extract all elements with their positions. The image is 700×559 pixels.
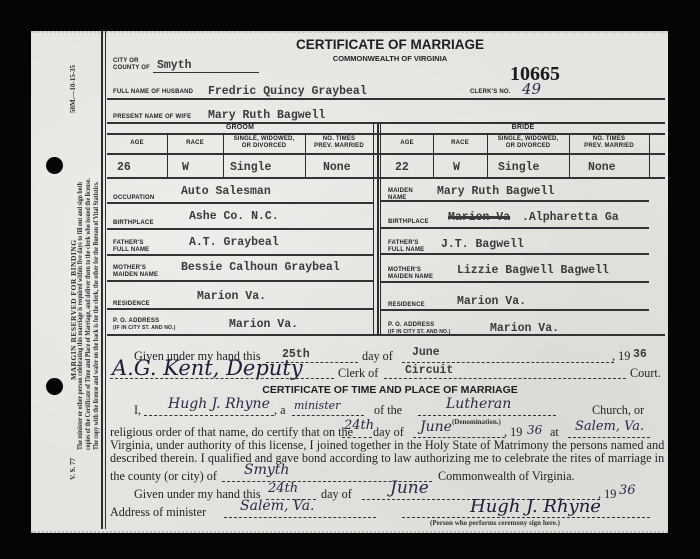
bride-status: Single: [498, 161, 539, 174]
groom-occupation-label: Occupation: [113, 195, 154, 202]
times-header-line-1: No. Times: [305, 136, 373, 143]
minister-title: minister: [294, 399, 340, 412]
denomination: Lutheran: [446, 396, 511, 412]
ceremony-year: 36: [527, 423, 542, 437]
row-line: [107, 280, 373, 282]
bride-residence: Marion Va.: [457, 295, 526, 308]
commonwealth-text: Commonwealth of Virginia.: [438, 469, 575, 484]
groom-father: A.T. Graybeal: [189, 236, 279, 249]
minister-signature: Hugh J. Rhyne: [470, 496, 601, 517]
groom-po-address: Marion Va.: [229, 318, 298, 331]
status-header-line-2: or Divorced: [487, 143, 569, 150]
blank-line: [418, 415, 556, 416]
wife-label: Present Name of Wife: [113, 114, 191, 121]
row-line: [381, 200, 649, 202]
groom-residence: Marion Va.: [197, 290, 266, 303]
church-text: Church, or: [592, 403, 644, 418]
groom-age: 26: [117, 161, 131, 174]
minister-address: Salem, Va.: [240, 498, 315, 514]
mother-label-line-2: Maiden Name: [388, 274, 433, 281]
po-label-line-1: P. O. Address: [388, 322, 451, 329]
blank-line: [402, 362, 614, 363]
ceremony-county-text: the county (or city) of: [110, 469, 217, 484]
groom-status: Single: [230, 161, 271, 174]
row-line: [107, 308, 373, 310]
bride-status-header: Single, Widowed, or Divorced: [487, 136, 569, 150]
groom-race: W: [182, 161, 189, 174]
certificate-subtitle: Commonwealth of Virginia: [250, 54, 530, 63]
groom-mother: Bessie Calhoun Graybeal: [181, 261, 340, 274]
groom-residence-label: Residence: [113, 301, 150, 308]
groom-age-header: Age: [107, 140, 167, 147]
license-day-of-text: day of: [362, 349, 393, 364]
column-divider: [167, 133, 168, 177]
column-divider: [649, 133, 650, 177]
clerk-of-text: Clerk of: [338, 366, 378, 381]
blank-line: [144, 415, 274, 416]
minister-address-label: Address of minister: [110, 505, 206, 520]
maiden-label-line-1: Maiden: [388, 188, 413, 195]
groom-po-label: P. O. Address (If in city st. and no.): [113, 318, 176, 332]
license-year: 36: [633, 348, 647, 361]
city-county-underline: [153, 72, 259, 73]
row-line: [381, 253, 649, 255]
heading-line: [107, 133, 665, 135]
ceremony-place: Salem, Va.: [575, 419, 644, 434]
mother-label-line-1: Mother's: [388, 267, 433, 274]
city-county-value: Smyth: [157, 59, 192, 72]
city-county-label: City or County of: [113, 58, 150, 72]
license-year-prefix: , 19: [612, 349, 630, 364]
ceremony-a-text: , a: [274, 403, 286, 418]
column-divider: [487, 133, 488, 177]
husband-name: Fredric Quincy Graybeal: [208, 85, 367, 98]
margin-instructions-3: The copy with the license and wafer on t…: [93, 181, 100, 450]
bride-age-header: Age: [381, 140, 433, 147]
signature-label: (Person who performs ceremony sign here.…: [430, 519, 560, 527]
ceremony-day: 24th: [344, 418, 374, 433]
ceremony-line-4: described therein. I qualified and gave …: [110, 451, 664, 466]
bride-times-header: No. Times Prev. Married: [569, 136, 649, 150]
groom-times-header: No. Times Prev. Married: [305, 136, 373, 150]
bride-race-header: Race: [433, 140, 487, 147]
bride-mother: Lizzie Bagwell Bagwell: [457, 264, 609, 277]
column-divider: [433, 133, 434, 177]
values-line: [107, 177, 665, 179]
binding-hole-top: [46, 157, 63, 174]
minister-given-day-of-text: day of: [321, 487, 352, 502]
clerk-no-value: 49: [522, 80, 541, 98]
bride-father: J.T. Bagwell: [441, 238, 524, 251]
row-line: [381, 227, 649, 229]
bride-race: W: [453, 161, 460, 174]
bride-heading: Bride: [381, 124, 665, 131]
groom-birthplace-label: Birthplace: [113, 220, 154, 227]
minister-given-month: June: [390, 478, 429, 498]
mother-label-line-1: Mother's: [113, 265, 158, 272]
margin-instructions-1: The minister or other person celebrating…: [77, 182, 84, 450]
groom-heading: Groom: [107, 124, 373, 131]
times-header-line-2: Prev. Married: [305, 143, 373, 150]
margin-form-code: V. S. 77: [69, 458, 77, 480]
status-header-line-1: Single, Widowed,: [223, 136, 305, 143]
po-label-line-2: (If in city st. and no.): [113, 325, 176, 332]
groom-times-married: None: [323, 161, 351, 174]
bride-birthplace-label: Birthplace: [388, 219, 429, 226]
husband-label: Full Name of Husband: [113, 89, 193, 96]
county-label: County of: [113, 65, 150, 72]
blank-line: [224, 517, 376, 518]
father-label-line-2: Full Name: [113, 247, 149, 254]
margin-print-code: 50M.—10-15-35: [69, 65, 77, 113]
column-header-line: [107, 153, 665, 155]
denomination-label: (Denomination.): [452, 418, 501, 426]
margin-instructions-2: copies of the Certificate of Time and Pl…: [85, 178, 92, 450]
court-type: Circuit: [405, 364, 453, 377]
minister-given-year: 36: [619, 483, 636, 498]
signature-line: [402, 517, 650, 518]
groom-birthplace: Ashe Co. N.C.: [189, 210, 279, 223]
ceremony-i-text: I,: [134, 403, 141, 418]
ceremony-month: June: [420, 419, 452, 435]
status-header-line-1: Single, Widowed,: [487, 136, 569, 143]
times-header-line-2: Prev. Married: [569, 143, 649, 150]
certificate-title: Certificate of Marriage: [250, 37, 530, 52]
mother-label-line-2: Maiden Name: [113, 272, 158, 279]
bride-age: 22: [395, 161, 409, 174]
bride-residence-label: Residence: [388, 302, 425, 309]
wife-name: Mary Ruth Bagwell: [208, 109, 325, 122]
groom-race-header: Race: [167, 140, 223, 147]
margin-border-line: [105, 31, 106, 529]
bride-birthplace: .Alpharetta Ga: [522, 211, 619, 224]
clerk-no-label: Clerk's No.: [470, 89, 511, 96]
bride-maiden-name: Mary Ruth Bagwell: [437, 185, 554, 198]
times-header-line-1: No. Times: [569, 136, 649, 143]
minister-name: Hugh J. Rhyne: [168, 396, 270, 412]
row-line: [381, 281, 649, 283]
groom-occupation: Auto Salesman: [181, 185, 271, 198]
po-label-line-1: P. O. Address: [113, 318, 176, 325]
ceremony-title: Certificate of Time and Place of Marriag…: [200, 384, 580, 396]
father-label-line-1: Father's: [113, 240, 149, 247]
groom-status-header: Single, Widowed, or Divorced: [223, 136, 305, 150]
row-line: [107, 254, 373, 256]
blank-line: [384, 378, 626, 379]
ceremony-county: Smyth: [244, 462, 289, 478]
court-text: Court.: [630, 366, 661, 381]
clerk-signature: A.G. Kent, Deputy: [112, 356, 303, 380]
groom-mother-label: Mother's Maiden Name: [113, 265, 158, 279]
row-line: [107, 202, 373, 204]
column-divider: [305, 133, 306, 177]
row-line: [381, 309, 649, 311]
row-line: [107, 228, 373, 230]
groom-father-label: Father's Full Name: [113, 240, 149, 254]
father-label-line-1: Father's: [388, 240, 424, 247]
bride-times-married: None: [588, 161, 616, 174]
license-month: June: [412, 346, 440, 359]
husband-underline: [107, 98, 665, 100]
binding-hole-bottom: [46, 378, 63, 395]
bride-birthplace-struck: Marion Va: [448, 211, 510, 224]
column-divider: [569, 133, 570, 177]
bride-mother-label: Mother's Maiden Name: [388, 267, 433, 281]
margin-border-line: [101, 31, 103, 529]
column-divider: [223, 133, 224, 177]
table-bottom-line: [107, 334, 665, 336]
minister-given-day: 24th: [268, 481, 298, 496]
bride-father-label: Father's Full Name: [388, 240, 424, 254]
status-header-line-2: or Divorced: [223, 143, 305, 150]
ceremony-of-the-text: of the: [374, 403, 402, 418]
city-label: City or: [113, 58, 150, 65]
blank-line: [292, 415, 364, 416]
